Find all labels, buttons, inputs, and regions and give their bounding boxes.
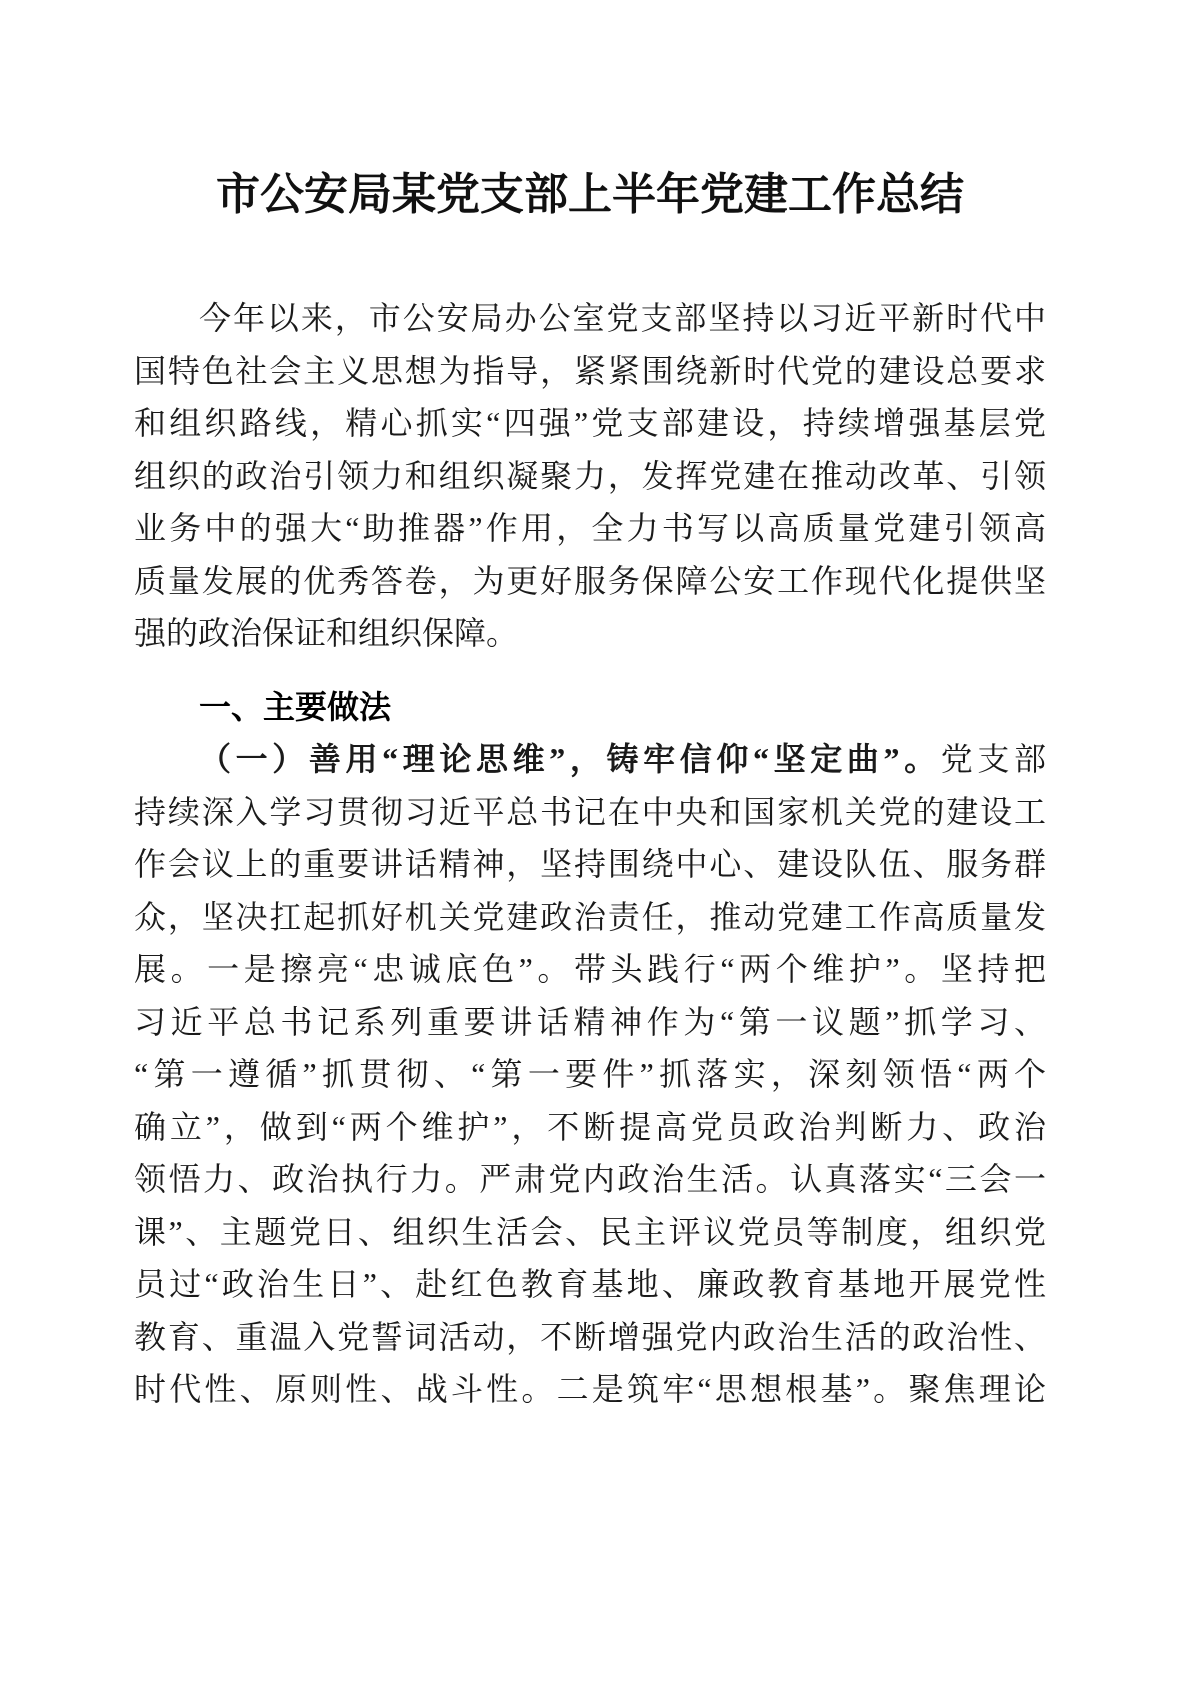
text-line: 持续深入学习贯彻习近平总书记在中央和国家机关党的建设工 <box>134 786 1046 839</box>
text-line: 展。一是擦亮“忠诚底色”。带头践行“两个维护”。坚持把 <box>134 943 1046 996</box>
subsection-paragraph: （一）善用“理论思维”，铸牢信仰“坚定曲”。党支部 持续深入学习贯彻习近平总书记… <box>134 733 1046 1416</box>
text-line: 众，坚决扛起抓好机关党建政治责任，推动党建工作高质量发 <box>134 891 1046 944</box>
text-line: “第一遵循”抓贯彻、“第一要件”抓落实，深刻领悟“两个 <box>134 1048 1046 1101</box>
text-line: 领悟力、政治执行力。严肃党内政治生活。认真落实“三会一 <box>134 1153 1046 1206</box>
text-line: 教育、重温入党誓词活动，不断增强党内政治生活的政治性、 <box>134 1311 1046 1364</box>
text-line: 强的政治保证和组织保障。 <box>134 607 1046 660</box>
page-title: 市公安局某党支部上半年党建工作总结 <box>134 172 1046 218</box>
text-line: 业务中的强大“助推器”作用，全力书写以高质量党建引领高 <box>134 502 1046 555</box>
text-line: （一）善用“理论思维”，铸牢信仰“坚定曲”。党支部 <box>134 733 1046 786</box>
document-content: 市公安局某党支部上半年党建工作总结 今年以来，市公安局办公室党支部坚持以习近平新… <box>134 0 1046 1416</box>
text-line: 今年以来，市公安局办公室党支部坚持以习近平新时代中 <box>134 292 1046 345</box>
intro-paragraph: 今年以来，市公安局办公室党支部坚持以习近平新时代中 国特色社会主义思想为指导，紧… <box>134 292 1046 660</box>
subsection-lead: （一）善用“理论思维”，铸牢信仰“坚定曲”。 <box>199 741 941 777</box>
section-heading: 一、主要做法 <box>134 681 1046 734</box>
text-line: 质量发展的优秀答卷，为更好服务保障公安工作现代化提供坚 <box>134 555 1046 608</box>
text-line: 组织的政治引领力和组织凝聚力，发挥党建在推动改革、引领 <box>134 450 1046 503</box>
text-line: 和组织路线，精心抓实“四强”党支部建设，持续增强基层党 <box>134 397 1046 450</box>
text-line: 时代性、原则性、战斗性。二是筑牢“思想根基”。聚焦理论 <box>134 1363 1046 1416</box>
text-line: 国特色社会主义思想为指导，紧紧围绕新时代党的建设总要求 <box>134 345 1046 398</box>
text-line: 课”、主题党日、组织生活会、民主评议党员等制度，组织党 <box>134 1206 1046 1259</box>
document-page: 市公安局某党支部上半年党建工作总结 今年以来，市公安局办公室党支部坚持以习近平新… <box>0 0 1190 1683</box>
text-line: 作会议上的重要讲话精神，坚持围绕中心、建设队伍、服务群 <box>134 838 1046 891</box>
text-line: 习近平总书记系列重要讲话精神作为“第一议题”抓学习、 <box>134 996 1046 1049</box>
text-line: 员过“政治生日”、赴红色教育基地、廉政教育基地开展党性 <box>134 1258 1046 1311</box>
text-line: 确立”，做到“两个维护”，不断提高党员政治判断力、政治 <box>134 1101 1046 1154</box>
text-run: 党支部 <box>941 741 1046 777</box>
